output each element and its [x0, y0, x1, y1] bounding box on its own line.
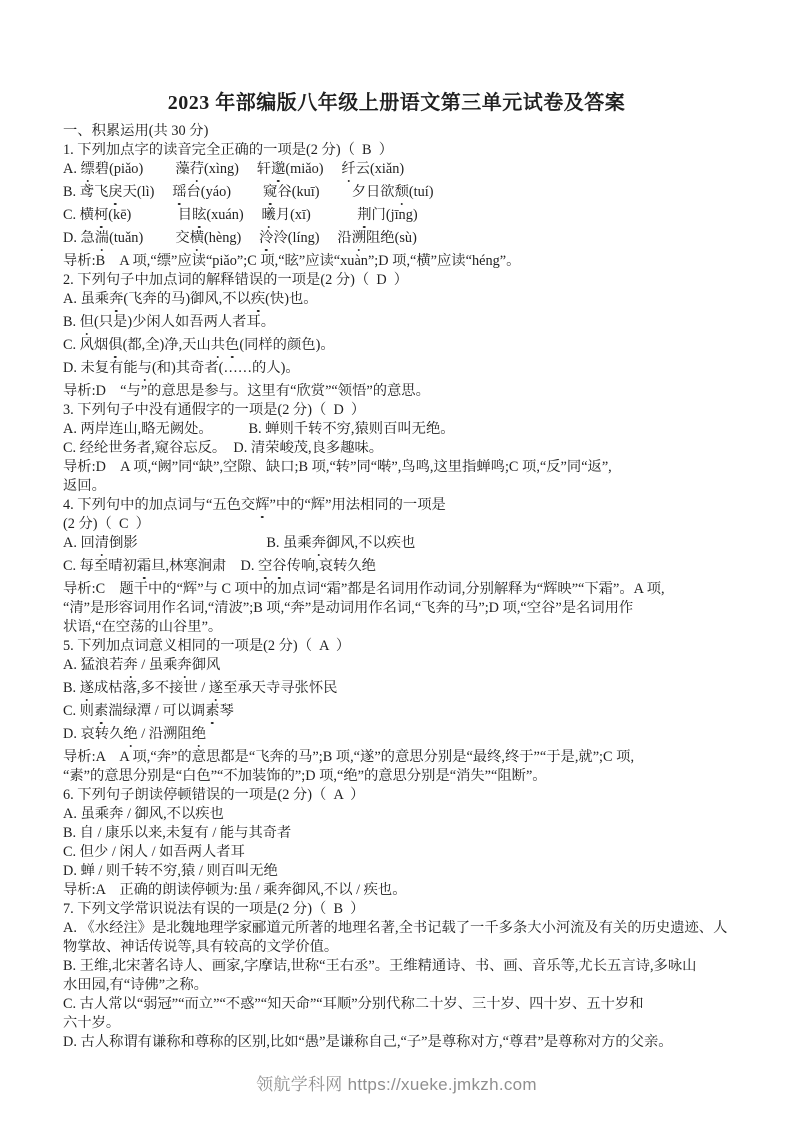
question-7: 7. 下列文学常识说法有误的一项是(2 分)（ B ）: [63, 900, 743, 919]
q1-option-b: B. 鸢飞戾天(lì) 瑶台(yáo) 窥谷(kuī) 夕日欲颓(tuí): [63, 183, 743, 206]
question-3: 3. 下列句子中没有通假字的一项是(2 分)（ D ）: [63, 401, 743, 420]
q4-analysis: 导析:C 题干中的“辉”与 C 项中的加点词“霜”都是名词用作动词,分别解释为“…: [63, 580, 743, 599]
emphasized-char: 溯: [352, 229, 366, 248]
emphasized-char: 空: [258, 557, 272, 576]
emphasized-char: 横: [190, 229, 204, 248]
q2-option-b: B. 但(只是)少闲人如吾两人者耳。: [63, 313, 743, 336]
q7-option-a-cont: 物掌故、神话传说等,具有较高的文学价值。: [63, 938, 743, 957]
emphasized-char: 眩: [192, 206, 206, 225]
question-4: 4. 下列句中的加点词与“五色交辉”中的“辉”用法相同的一项是: [63, 496, 743, 515]
emphasized-char: 疾: [251, 290, 265, 309]
emphasized-char: 柯: [94, 206, 108, 225]
q5-option-d: D. 哀转久绝 / 沿溯阻绝: [63, 725, 743, 748]
emphasized-char: 素: [94, 702, 108, 721]
emphasized-char: 奔: [177, 656, 191, 675]
question-6: 6. 下列句子朗读停顿错误的一项是(2 分)（ A ）: [63, 786, 743, 805]
q1-option-d: D. 急湍(tuǎn) 交横(hèng) 泠泠(líng) 沿溯阻绝(sù): [63, 229, 743, 252]
emphasized-char: 曦: [262, 206, 276, 225]
emphasized-char: 色: [225, 336, 239, 355]
emphasized-char: 纤: [341, 160, 355, 179]
emphasized-char: 清: [95, 534, 109, 553]
q5-option-b: B. 遂成枯落,多不接世 / 遂至承天寺寻张怀民: [63, 679, 743, 702]
page-title: 2023 年部编版八年级上册语文第三单元试卷及答案: [0, 86, 793, 115]
emphasized-char: 瑶: [172, 183, 186, 202]
emphasized-char: 遂: [80, 679, 94, 698]
emphasized-char: 荆: [357, 206, 371, 225]
q3-option-cd: C. 经纶世务者,窥谷忘反。 D. 清荣峻茂,良多趣味。: [63, 439, 743, 458]
emphasized-char: 与: [138, 359, 152, 378]
emphasized-char: 奔: [123, 656, 137, 675]
emphasized-char: 遂: [209, 679, 223, 698]
q7-option-c: C. 古人常以“弱冠”“而立”“不惑”“知天命”“耳顺”分别代称二十岁、三十岁、…: [63, 995, 743, 1014]
emphasized-char: 奔: [312, 534, 326, 553]
watermark-footer: 领航学科网 https://xueke.jmkzh.com: [0, 1070, 793, 1095]
q5-analysis-cont: “素”的意思分别是“白色”“不加装饰的”;D 项,“绝”的意思分别是“消失”“阻…: [63, 767, 743, 786]
question-5: 5. 下列加点词意义相同的一项是(2 分)（ A ）: [63, 637, 743, 656]
emphasized-char: 窥: [263, 183, 277, 202]
emphasized-char: 奔: [109, 290, 123, 309]
q7-option-b-cont: 水田园,有“诗佛”之称。: [63, 976, 743, 995]
question-4-cont: (2 分)（ C ）: [63, 515, 743, 534]
emphasized-char: 素: [205, 702, 219, 721]
q7-option-c-cont: 六十岁。: [63, 1014, 743, 1033]
section-heading: 一、积累运用(共 30 分): [63, 122, 743, 141]
emphasized-char: 霜: [137, 557, 151, 576]
emphasized-char: 绝: [192, 725, 206, 744]
q6-option-c: C. 但少 / 闲人 / 如吾两人者耳: [63, 843, 743, 862]
q1-option-c: C. 横柯(kē) 目眩(xuán) 曦月(xī) 荆门(jīng): [63, 206, 743, 229]
q3-analysis-cont: 返回。: [63, 477, 743, 496]
q5-option-a: A. 猛浪若奔 / 虽乘奔御风: [63, 656, 743, 679]
q7-option-d: D. 古人称谓有谦称和尊称的区别,比如“愚”是谦称自己,“子”是尊称对方,“尊君…: [63, 1033, 743, 1052]
q6-analysis: 导析:A 正确的朗读停顿为:虽 / 乘奔御风,不以 / 疾也。: [63, 881, 743, 900]
q2-option-d: D. 未复有能与(和)其奇者(……的人)。: [63, 359, 743, 382]
emphasized-char: 缥: [80, 160, 94, 179]
q6-option-b: B. 自 / 康乐以来,未复有 / 能与其奇者: [63, 824, 743, 843]
emphasized-char: 邈: [271, 160, 285, 179]
q4-analysis-cont: “清”是形容词用作名词,“清波”;B 项,“奔”是动词用作名词,“飞奔的马”;D…: [63, 599, 743, 618]
question-2: 2. 下列句子中加点词的解释错误的一项是(2 分)（ D ）: [63, 271, 743, 290]
emphasized-char: 辉: [255, 496, 269, 515]
emphasized-char: 但: [80, 313, 94, 332]
q4-option-ab: A. 回清倒影 B. 虽乘奔御风,不以疾也: [63, 534, 743, 557]
q4-analysis-cont2: 状语,“在空荡的山谷里”。: [63, 618, 743, 637]
emphasized-char: 共: [211, 336, 225, 355]
q5-analysis: 导析:A A 项,“奔”的意思都是“飞奔的马”;B 项,“遂”的意思分别是“最终…: [63, 748, 743, 767]
q2-option-a: A. 虽乘奔(飞奔的马)御风,不以疾(快)也。: [63, 290, 743, 313]
document-lines: 一、积累运用(共 30 分)1. 下列加点字的读音完全正确的一项是(2 分)（ …: [0, 122, 793, 1052]
q6-option-d: D. 蝉 / 则千转不穷,猿 / 则百叫无绝: [63, 862, 743, 881]
q7-option-a: A. 《水经注》是北魏地理学家郦道元所著的地理名著,全书记载了一千多条大小河流及…: [63, 919, 743, 938]
emphasized-char: 绝: [123, 725, 137, 744]
q4-option-cd: C. 每至晴初霜旦,林寒涧肃 D. 空谷传响,哀转久绝: [63, 557, 743, 580]
q3-option-ab: A. 两岸连山,略无阙处。 B. 蝉则千转不穷,猿则百叫无绝。: [63, 420, 743, 439]
emphasized-char: 谷: [272, 557, 286, 576]
q3-analysis: 导析:D A 项,“阙”同“缺”,空隙、缺口;B 项,“转”同“啭”,鸟鸣,这里…: [63, 458, 743, 477]
emphasized-char: 戾: [108, 183, 122, 202]
emphasized-char: 泠: [259, 229, 273, 248]
exam-paper-page: 2023 年部编版八年级上册语文第三单元试卷及答案 一、积累运用(共 30 分)…: [0, 0, 793, 1122]
q2-analysis: 导析:D “与”的意思是参与。这里有“欣赏”“领悟”的意思。: [63, 382, 743, 401]
emphasized-char: 荇: [190, 160, 204, 179]
emphasized-char: 湍: [95, 229, 109, 248]
q7-option-b: B. 王维,北宋著名诗人、画家,字摩诘,世称“王右丞”。王维精通诗、书、画、音乐…: [63, 957, 743, 976]
q1-option-a: A. 缥碧(piǎo) 藻荇(xìng) 轩邈(miǎo) 纤云(xiǎn): [63, 160, 743, 183]
question-1: 1. 下列加点字的读音完全正确的一项是(2 分)（ B ）: [63, 141, 743, 160]
emphasized-char: 颓: [395, 183, 409, 202]
q2-option-c: C. 风烟俱(都,全)净,天山共色(同样的颜色)。: [63, 336, 743, 359]
emphasized-char: 俱: [108, 336, 122, 355]
q5-option-c: C. 则素湍绿潭 / 可以调素琴: [63, 702, 743, 725]
q1-analysis: 导析:B A 项,“缥”应读“piǎo”;C 项,“眩”应读“xuàn”;D 项…: [63, 252, 743, 271]
q6-option-a: A. 虽乘奔 / 御风,不以疾也: [63, 805, 743, 824]
